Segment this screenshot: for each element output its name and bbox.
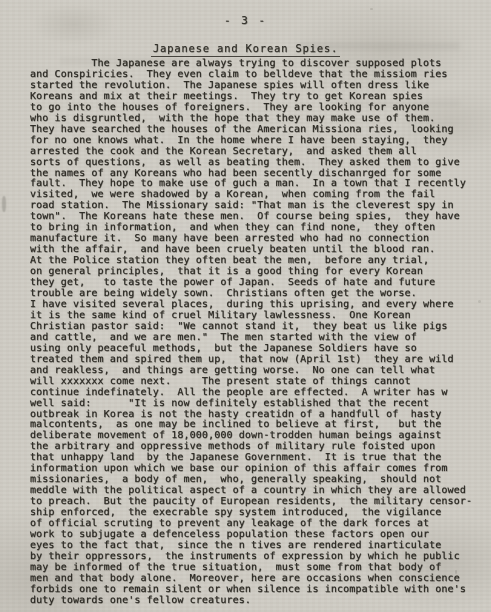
margin-ink-mark: [2, 196, 6, 212]
text-line: well said: "It is now definitely establi…: [30, 399, 485, 410]
body-text: The Japanese are always trying to discov…: [30, 59, 485, 607]
paper-speck: [370, 8, 373, 10]
text-line: continue indefinately. All the people ar…: [30, 388, 485, 399]
text-line: arrested the cook and the Korean Secreta…: [30, 147, 485, 158]
text-line: and reakless, and things are getting wor…: [30, 366, 485, 377]
page-number: - 3 -: [0, 14, 491, 27]
document-title: Japanese and Korean Spies.: [151, 43, 340, 57]
text-line: for no one knows what. In the home where…: [30, 136, 485, 147]
text-line: duty towards one's fellow creatures.: [30, 596, 485, 607]
text-line: sorts of questions, as well as beating t…: [30, 158, 485, 169]
document-page: - 3 - Japanese and Korean Spies. The Jap…: [0, 0, 491, 612]
title-row: Japanese and Korean Spies.: [0, 37, 491, 57]
text-line: will xxxxxxx come next. The present stat…: [30, 377, 485, 388]
